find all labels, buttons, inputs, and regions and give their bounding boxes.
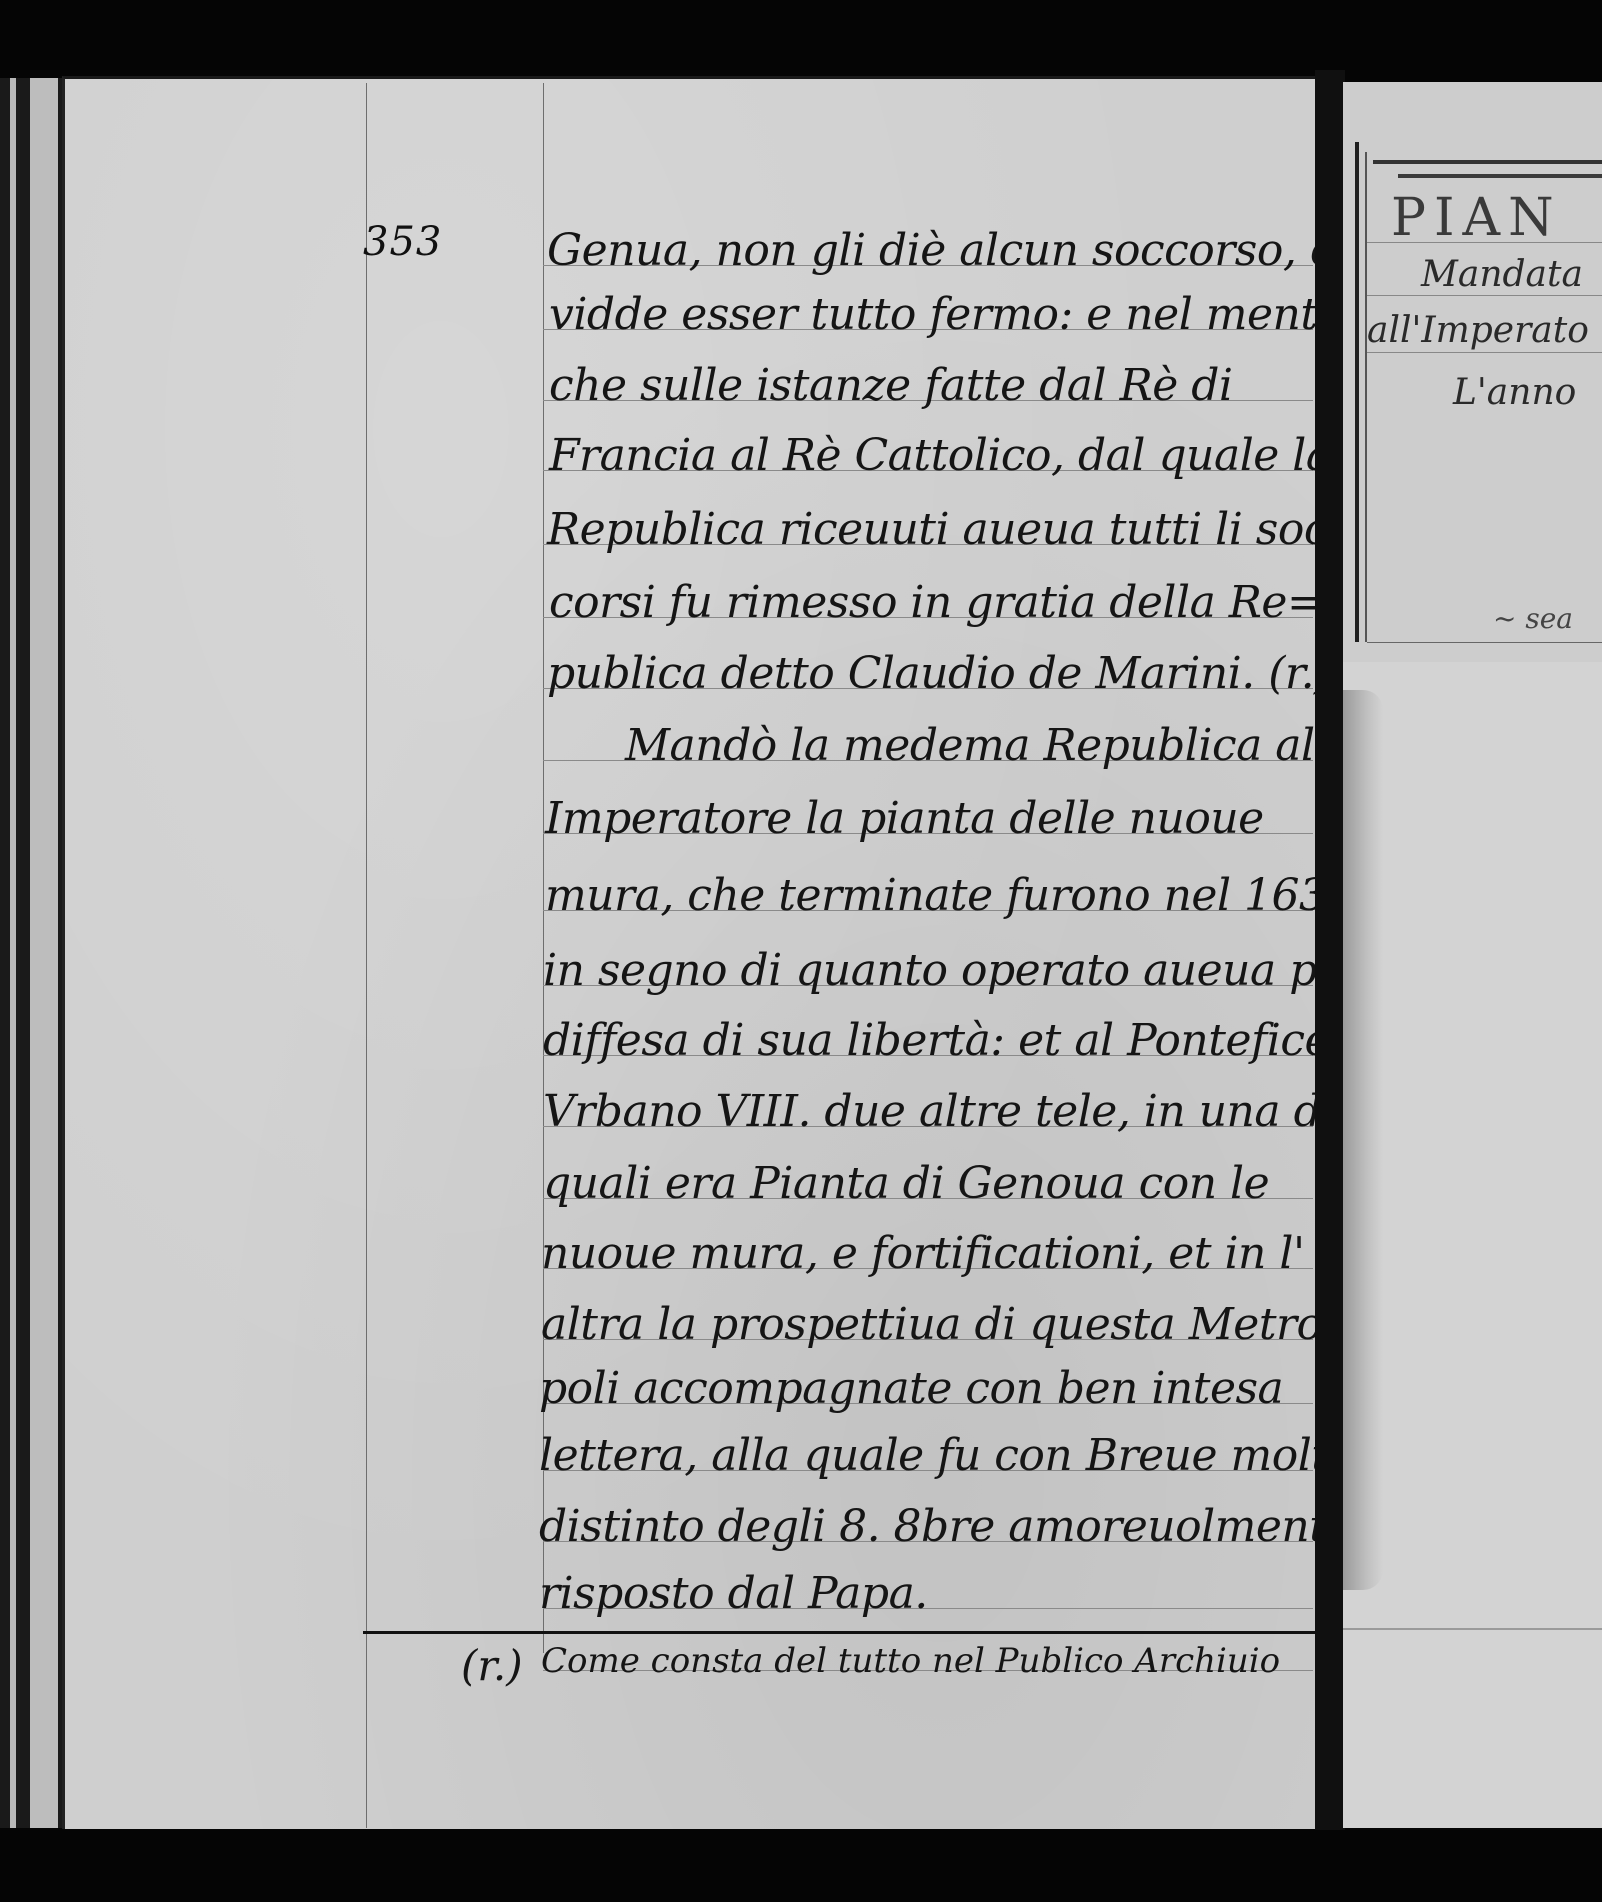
text-line: mura, che terminate furono nel 1638. <box>545 874 1368 918</box>
title-label: PIAN Mandata all'Imperato L'anno ~ sea <box>1343 82 1602 662</box>
facing-page-line: Mandata <box>1421 254 1583 295</box>
text-line: nuoue mura, e fortificationi, et in l' <box>541 1232 1305 1276</box>
manuscript-page-verso: 353 Genua, non gli diè alcun soccorso, e… <box>62 76 1318 1829</box>
facing-page-line: L'anno <box>1453 372 1576 413</box>
text-line: risposto dal Papa. <box>539 1572 928 1616</box>
text-line: Imperatore la pianta delle nuoue <box>545 797 1264 841</box>
text-line: publica detto Claudio de Marini. (r.) <box>547 652 1331 696</box>
label-border-top <box>1373 160 1602 164</box>
text-line: diffesa di sua libertà: et al Pontefice <box>543 1019 1330 1063</box>
facing-page-fragment: ~ sea <box>1493 602 1573 635</box>
margin-rule-outer <box>366 83 367 1828</box>
page-gutter <box>1315 70 1345 1830</box>
text-line: Francia al Rè Cattolico, dal quale la <box>549 434 1332 478</box>
label-border-left-inner <box>1365 152 1367 642</box>
text-line: altra la prospettiua di questa Metro= <box>541 1303 1359 1347</box>
text-line: vidde esser tutto fermo: e nel mentre, <box>549 293 1377 337</box>
ruled-line <box>1367 352 1602 353</box>
text-line: poli accompagnate con ben intesa <box>539 1367 1283 1411</box>
footnote-separator <box>363 1631 1315 1634</box>
text-line: in segno di quanto operato aueua per <box>543 949 1363 993</box>
text-line: lettera, alla quale fu con Breue molto <box>539 1434 1354 1478</box>
footnote-text: Come consta del tutto nel Publico Archiu… <box>541 1641 1280 1681</box>
ruled-line <box>1367 295 1602 296</box>
text-line: quali era Pianta di Genoua con le <box>543 1162 1269 1206</box>
facing-page-title: PIAN <box>1391 188 1562 248</box>
paper-fold <box>1343 690 1383 1590</box>
text-line: Republica riceuuti aueua tutti li soc <box>547 508 1328 552</box>
label-border-left <box>1355 142 1359 642</box>
text-line: Mandò la medema Republica all' <box>625 724 1340 768</box>
footnote-marker: (r.) <box>461 1641 523 1690</box>
binding-strip <box>10 78 16 1828</box>
label-border-bottom <box>1367 642 1602 643</box>
folio-number: 353 <box>363 219 442 265</box>
text-line: corsi fu rimesso in gratia della Re= <box>549 581 1323 625</box>
facing-page-fold-edge <box>1343 1628 1602 1630</box>
text-line: che sulle istanze fatte dal Rè di <box>549 364 1232 408</box>
text-line: distinto degli 8. 8bre amoreuolmente <box>539 1505 1352 1549</box>
binding-strip <box>30 78 58 1828</box>
margin-rule-inner <box>543 83 544 1653</box>
facing-page-line: all'Imperato <box>1367 310 1589 351</box>
text-line: Genua, non gli diè alcun soccorso, e si <box>547 229 1385 273</box>
book-binding-edge <box>0 78 62 1828</box>
label-border-top-inner <box>1398 174 1602 178</box>
text-line: Vrbano VIII. due altre tele, in una dell… <box>543 1090 1399 1134</box>
